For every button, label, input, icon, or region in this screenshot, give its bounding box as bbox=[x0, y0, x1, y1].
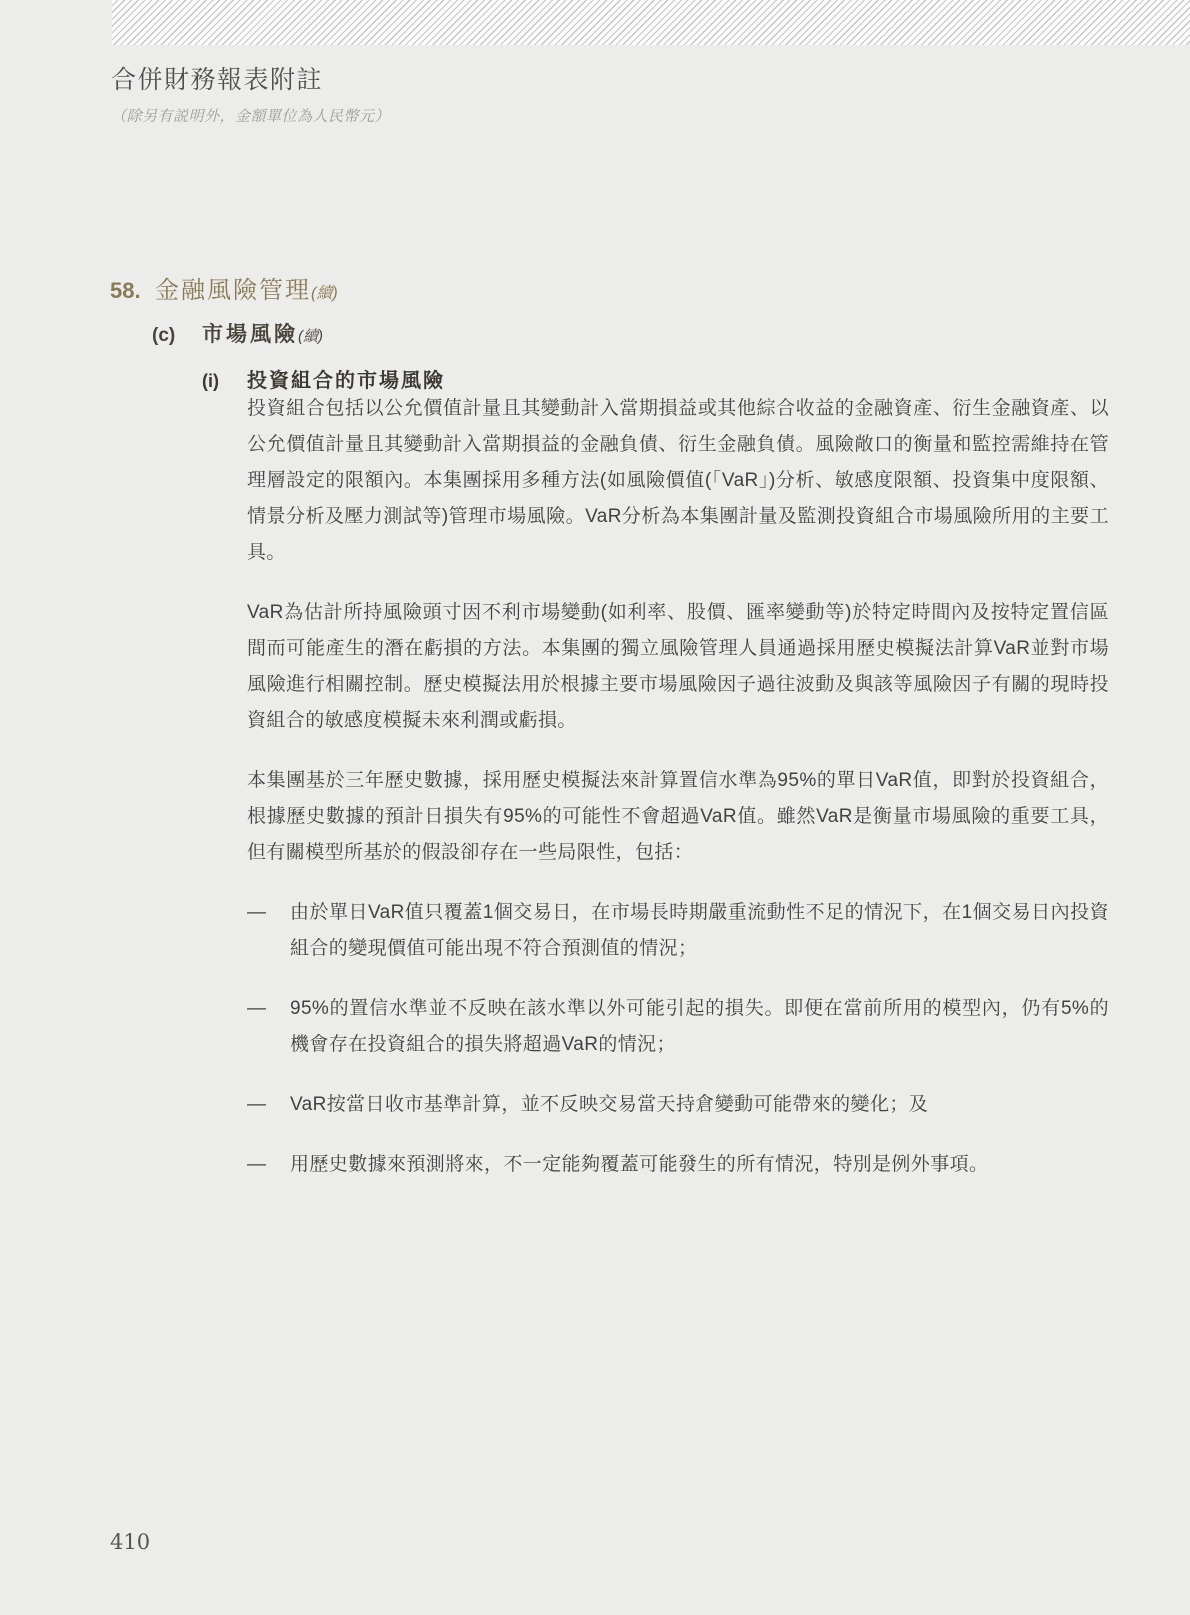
bullet-marker: — bbox=[247, 991, 290, 1063]
bullet-item: — 由於單日VaR值只覆蓋1個交易日，在市場長時期嚴重流動性不足的情況下，在1個… bbox=[247, 895, 1109, 967]
subsection-heading-c: (c) 市場風險 (續) bbox=[152, 318, 323, 348]
body-text: 投資組合包括以公允價值計量且其變動計入當期損益或其他綜合收益的金融資產、衍生金融… bbox=[247, 391, 1109, 1183]
diagonal-hatch-banner bbox=[112, 0, 1190, 45]
page-title: 合併財務報表附註 bbox=[111, 60, 390, 96]
document-page: 合併財務報表附註 （除另有説明外，金額單位為人民幣元） 58. 金融風險管理 (… bbox=[0, 0, 1190, 1615]
subsection-continued-label: (續) bbox=[298, 325, 323, 346]
bullet-text: 用歷史數據來預測將來，不一定能夠覆蓋可能發生的所有情況，特別是例外事項。 bbox=[290, 1147, 1109, 1183]
bullet-text: 由於單日VaR值只覆蓋1個交易日，在市場長時期嚴重流動性不足的情況下，在1個交易… bbox=[290, 895, 1109, 967]
bullet-item: — VaR按當日收市基準計算，並不反映交易當天持倉變動可能帶來的變化；及 bbox=[247, 1087, 1109, 1123]
bullet-list: — 由於單日VaR值只覆蓋1個交易日，在市場長時期嚴重流動性不足的情況下，在1個… bbox=[247, 895, 1109, 1183]
subsubsection-label: (i) bbox=[202, 371, 247, 392]
page-number: 410 bbox=[110, 1530, 150, 1554]
bullet-marker: — bbox=[247, 1147, 290, 1183]
bullet-marker: — bbox=[247, 1087, 290, 1123]
subsubsection-title: 投資組合的市場風險 bbox=[247, 364, 445, 393]
bullet-text: 95%的置信水準並不反映在該水準以外可能引起的損失。即便在當前所用的模型內，仍有… bbox=[290, 991, 1109, 1063]
paragraph-1: 投資組合包括以公允價值計量且其變動計入當期損益或其他綜合收益的金融資產、衍生金融… bbox=[247, 391, 1109, 571]
page-subtitle: （除另有説明外，金額單位為人民幣元） bbox=[111, 105, 390, 126]
subsection-heading-i: (i) 投資組合的市場風險 bbox=[202, 364, 445, 393]
document-header: 合併財務報表附註 （除另有説明外，金額單位為人民幣元） bbox=[111, 60, 390, 126]
section-heading-58: 58. 金融風險管理 (續) bbox=[110, 270, 338, 305]
paragraph-2: VaR為估計所持風險頭寸因不利市場變動(如利率、股價、匯率變動等)於特定時間內及… bbox=[247, 595, 1109, 739]
section-number: 58. bbox=[110, 278, 155, 304]
subsection-title: 市場風險 bbox=[202, 318, 298, 348]
subsection-label: (c) bbox=[152, 325, 202, 347]
bullet-marker: — bbox=[247, 895, 290, 967]
section-title: 金融風險管理 bbox=[155, 270, 311, 305]
bullet-text: VaR按當日收市基準計算，並不反映交易當天持倉變動可能帶來的變化；及 bbox=[290, 1087, 1109, 1123]
bullet-item: — 95%的置信水準並不反映在該水準以外可能引起的損失。即便在當前所用的模型內，… bbox=[247, 991, 1109, 1063]
paragraph-3: 本集團基於三年歷史數據，採用歷史模擬法來計算置信水準為95%的單日VaR值，即對… bbox=[247, 763, 1109, 871]
section-continued-label: (續) bbox=[311, 280, 338, 303]
bullet-item: — 用歷史數據來預測將來，不一定能夠覆蓋可能發生的所有情況，特別是例外事項。 bbox=[247, 1147, 1109, 1183]
